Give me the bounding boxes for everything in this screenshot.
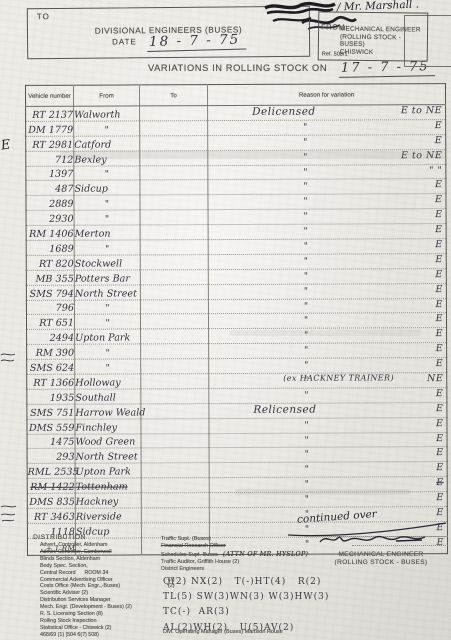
reason-for-variation: "E [208, 268, 446, 284]
to-garage [141, 478, 209, 493]
to-garage [141, 433, 209, 448]
reason-for-variation: "E [208, 179, 446, 195]
licence-mark: E [435, 239, 442, 250]
from-garage: " [74, 121, 140, 136]
to-garage [140, 225, 208, 240]
top-ink-annotation: / Mr. Marshall . [263, 0, 451, 30]
licence-mark: E [437, 537, 444, 548]
vehicle-number: RT 820 [26, 255, 74, 270]
to-garage [141, 493, 209, 508]
from-garage: Tottenham [75, 478, 141, 493]
from-garage: Stockwell [74, 255, 140, 270]
licence-mark: E [435, 224, 442, 235]
vehicle-number: RM 1422 [27, 478, 75, 493]
from-garage: " [74, 195, 140, 210]
licence-mark: E [435, 254, 442, 265]
from-garage: Upton Park [75, 463, 141, 478]
vehicle-number: 1475 [27, 434, 75, 449]
licence-mark: E [436, 388, 443, 399]
vehicle-number: 796 [26, 300, 74, 315]
to-garage [141, 508, 209, 523]
ref-number: Ref. 508/1 [322, 51, 348, 57]
licence-mark: E [435, 299, 442, 310]
licence-mark: E [435, 135, 442, 146]
licence-mark: E [435, 120, 442, 131]
scan-smudge [235, 489, 410, 495]
reason-for-variation: DelicensedE to NE [208, 105, 446, 121]
reason-for-variation: "(ex HACKNEY TRAINER)NE [209, 373, 447, 389]
date-label: DATE [112, 37, 137, 46]
from-garage: Upton Park [75, 329, 141, 344]
scan-smudge [230, 330, 420, 336]
reason-for-variation: "E [208, 134, 446, 150]
vehicle-number: 293 [27, 449, 75, 464]
reason-for-variation: "E [208, 224, 446, 240]
vehicle-number: DMS 559 [27, 419, 75, 434]
vehicle-number: RM 390 [27, 344, 75, 359]
vehicle-number: 1397 [26, 166, 74, 181]
licence-mark: " " [429, 165, 442, 176]
from-garage: Finchley [75, 419, 141, 434]
reason-for-variation: RelicensedE [209, 402, 447, 418]
vehicle-number: 1935 [27, 389, 75, 404]
col-header-to: To [139, 85, 207, 106]
reason-for-variation: "E [209, 417, 447, 433]
licence-mark: E [436, 448, 443, 459]
licence-mark: E [436, 403, 443, 414]
to-garage [140, 195, 208, 210]
to-garage [140, 106, 208, 121]
to-garage [140, 299, 208, 314]
reason-for-variation: "E [209, 462, 447, 478]
to-garage [141, 403, 209, 418]
to-garage [141, 389, 209, 404]
vehicle-number: RT 2137 [26, 106, 74, 121]
margin-scribble-1 [0, 351, 16, 365]
to-garage [141, 329, 209, 344]
reason-for-variation: "E [208, 313, 446, 329]
licence-mark: E [436, 462, 443, 473]
to-garage [141, 418, 209, 433]
distribution-last-line: Divl. Operating Manager (Buses) Mansion … [163, 629, 283, 635]
from-garage: Catford [74, 136, 140, 151]
vehicle-number: SMS 751 [27, 404, 75, 419]
to-garage [141, 448, 209, 463]
vehicle-number: RT 1366 [27, 374, 75, 389]
reason-for-variation: "E [208, 194, 446, 210]
from-garage: Southall [75, 389, 141, 404]
to-garage [141, 344, 209, 359]
to-garage [140, 210, 208, 225]
vehicle-number: SMS 624 [27, 359, 75, 374]
from-garage: Hackney [75, 493, 141, 508]
table-header-row: Vehicle number From To Reason for variat… [25, 84, 445, 107]
reason-for-variation: "E [208, 209, 446, 225]
vehicle-number: SMS 794 [26, 285, 74, 300]
col-header-from: From [73, 85, 139, 106]
from-garage: " [74, 165, 140, 180]
to-garage [140, 255, 208, 270]
from-garage: " [74, 299, 140, 314]
from-garage: Merton [74, 225, 140, 240]
from-garage: " [74, 240, 140, 255]
reason-for-variation: "E [209, 343, 447, 359]
to-garage [140, 269, 208, 284]
scanned-memo-page: / Mr. Marshall . TO DIVISIONAL ENGINEERS… [0, 0, 451, 640]
reason-for-variation: "E [209, 432, 447, 448]
from-garage: Riverside [75, 508, 141, 523]
from-garage: " [74, 314, 140, 329]
reason-for-variation: "E [208, 253, 446, 269]
from-garage: " [75, 344, 141, 359]
licence-mark: E [436, 358, 443, 369]
reason-for-variation: "" " [208, 164, 446, 180]
licence-mark: E [435, 209, 442, 220]
reason-for-variation: "E [208, 283, 446, 299]
licence-mark: E [435, 180, 442, 191]
reason-for-variation: "E [209, 358, 447, 374]
reason-for-variation: "E [208, 298, 446, 314]
licence-mark: E [435, 194, 442, 205]
from-garage: Sidcup [74, 180, 140, 195]
district-engineer-codes: Q(2) NX(2) T(-)HT(4) R(2)TL(5) SW(3)WN(3… [163, 575, 329, 636]
margin-mark: E [0, 137, 11, 153]
reason-for-variation: "E [208, 239, 446, 255]
to-garage [140, 180, 208, 195]
vehicle-number: DM 1779 [26, 121, 74, 136]
vehicle-number: RT 2981 [26, 136, 74, 151]
signature-caption: MECHANICAL ENGINEER(ROLLING STOCK - BUSE… [312, 551, 450, 567]
to-garage [140, 135, 208, 150]
annotation-name: / Mr. Marshall . [337, 0, 419, 13]
licence-mark: E [436, 328, 443, 339]
licence-mark: E to NE [401, 105, 442, 116]
licence-mark: E [435, 269, 442, 280]
title-text: VARIATIONS IN ROLLING STOCK ON [148, 63, 327, 73]
vehicle-number: 487 [26, 181, 74, 196]
to-garage [141, 374, 209, 389]
licence-mark: E [436, 477, 443, 488]
engineer-code-line: TL(5) SW(3)WN(3) W(3)HW(3) [163, 590, 329, 605]
vehicle-number: 2889 [26, 196, 74, 211]
from-garage: Wood Green [75, 434, 141, 449]
from-garage: North Street [74, 285, 140, 300]
to-label: TO [37, 12, 50, 21]
vehicle-number: 2930 [26, 210, 74, 225]
to-garage [141, 359, 209, 374]
licence-mark: E [436, 492, 443, 503]
from-garage: North Street [75, 448, 141, 463]
licence-mark: E [436, 433, 443, 444]
reason-for-variation: "E [209, 388, 447, 404]
engineer-code-line: TC(-) AR(3) [163, 605, 329, 620]
to-garage [140, 240, 208, 255]
licence-mark: E [435, 284, 442, 295]
to-garage [140, 314, 208, 329]
licence-mark: E [436, 343, 443, 354]
licence-mark: E [436, 507, 443, 518]
licence-mark: E [436, 314, 443, 325]
from-garage: Walworth [74, 106, 140, 121]
form-title: VARIATIONS IN ROLLING STOCK ON 17 - 7 - … [148, 63, 435, 77]
vehicle-number: RML 2535 [27, 464, 75, 479]
to-garage [141, 463, 209, 478]
from-garage: Harrow Weald [75, 404, 141, 419]
from-address: MECHANICAL ENGINEER(ROLLING STOCK - BUSE… [340, 26, 427, 57]
from-garage: " [74, 210, 140, 225]
reason-for-variation: "E [209, 447, 447, 463]
date-handwritten: 18 - 7 - 75 [147, 31, 247, 52]
licence-mark: E [436, 418, 443, 429]
distribution-title: DISTRIBUTION [33, 534, 86, 541]
margin-scribble-2 [0, 502, 18, 524]
signature [318, 530, 428, 548]
vehicle-number: 1689 [26, 240, 74, 255]
to-garage [140, 284, 208, 299]
to-garage [140, 165, 208, 180]
col-header-reason: Reason for variation [207, 84, 445, 106]
from-garage: Potters Bar [74, 270, 140, 285]
to-garage [140, 121, 208, 136]
engineer-code-line: Q(2) NX(2) T(-)HT(4) R(2) [163, 575, 329, 590]
licence-mark: NE [427, 373, 443, 384]
vehicle-number: 2494 [27, 330, 75, 345]
vehicle-number: MB 355 [26, 270, 74, 285]
vehicle-number: RT 651 [26, 315, 74, 330]
from-garage: " [75, 359, 141, 374]
scan-smudge [60, 151, 445, 159]
vehicle-number: DMS 835 [27, 493, 75, 508]
vehicle-number: RM 1406 [26, 225, 74, 240]
vehicle-number: RT 3463 [27, 508, 75, 523]
reason-for-variation: "E [208, 119, 446, 135]
from-garage: Holloway [75, 374, 141, 389]
col-header-vehicle: Vehicle number [25, 85, 73, 106]
